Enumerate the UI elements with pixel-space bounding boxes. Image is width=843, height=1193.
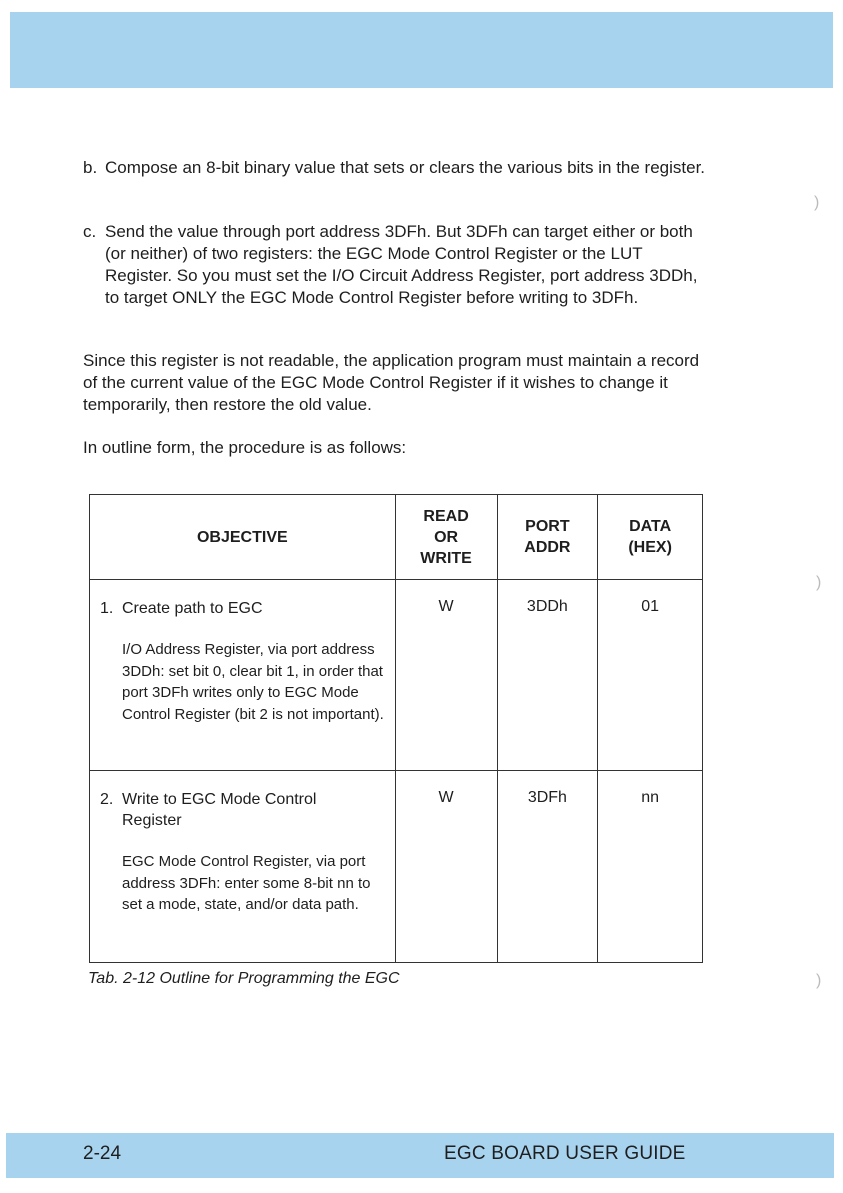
header-band <box>10 12 833 88</box>
objective-cell: 2.Write to EGC Mode Control Register EGC… <box>90 771 396 963</box>
header-read-write: READ OR WRITE <box>395 495 497 580</box>
objective-description: EGC Mode Control Register, via port addr… <box>122 851 389 916</box>
header-objective: OBJECTIVE <box>90 495 396 580</box>
table-header-row: OBJECTIVE READ OR WRITE PORT ADDR DATA (… <box>90 495 703 580</box>
outline-table: OBJECTIVE READ OR WRITE PORT ADDR DATA (… <box>89 494 703 963</box>
data-hex-cell: nn <box>598 771 703 963</box>
objective-description: I/O Address Register, via port address 3… <box>122 639 389 725</box>
list-item-b: b. Compose an 8-bit binary value that se… <box>83 157 713 179</box>
data-hex-cell: 01 <box>598 580 703 771</box>
paragraph-outline-intro: In outline form, the procedure is as fol… <box>83 437 713 459</box>
margin-mark: ) <box>814 194 819 212</box>
read-write-cell: W <box>395 580 497 771</box>
list-text: Send the value through port address 3DFh… <box>105 221 713 309</box>
list-item-c: c. Send the value through port address 3… <box>83 221 713 309</box>
list-marker: c. <box>83 221 96 243</box>
table-row: 2.Write to EGC Mode Control Register EGC… <box>90 771 703 963</box>
header-data-hex: DATA (HEX) <box>598 495 703 580</box>
table-caption: Tab. 2-12 Outline for Programming the EG… <box>88 970 400 988</box>
footer-band <box>6 1133 834 1178</box>
port-addr-cell: 3DFh <box>497 771 598 963</box>
list-text: Compose an 8-bit binary value that sets … <box>105 157 713 179</box>
footer-title: EGC BOARD USER GUIDE <box>444 1143 686 1165</box>
margin-mark: ) <box>816 574 821 592</box>
header-port-addr: PORT ADDR <box>497 495 598 580</box>
read-write-cell: W <box>395 771 497 963</box>
port-addr-cell: 3DDh <box>497 580 598 771</box>
objective-cell: 1.Create path to EGC I/O Address Registe… <box>90 580 396 771</box>
page-number: 2-24 <box>83 1143 121 1165</box>
list-marker: b. <box>83 157 97 179</box>
margin-mark: ) <box>816 972 821 990</box>
table-row: 1.Create path to EGC I/O Address Registe… <box>90 580 703 771</box>
paragraph-register-record: Since this register is not readable, the… <box>83 350 713 416</box>
